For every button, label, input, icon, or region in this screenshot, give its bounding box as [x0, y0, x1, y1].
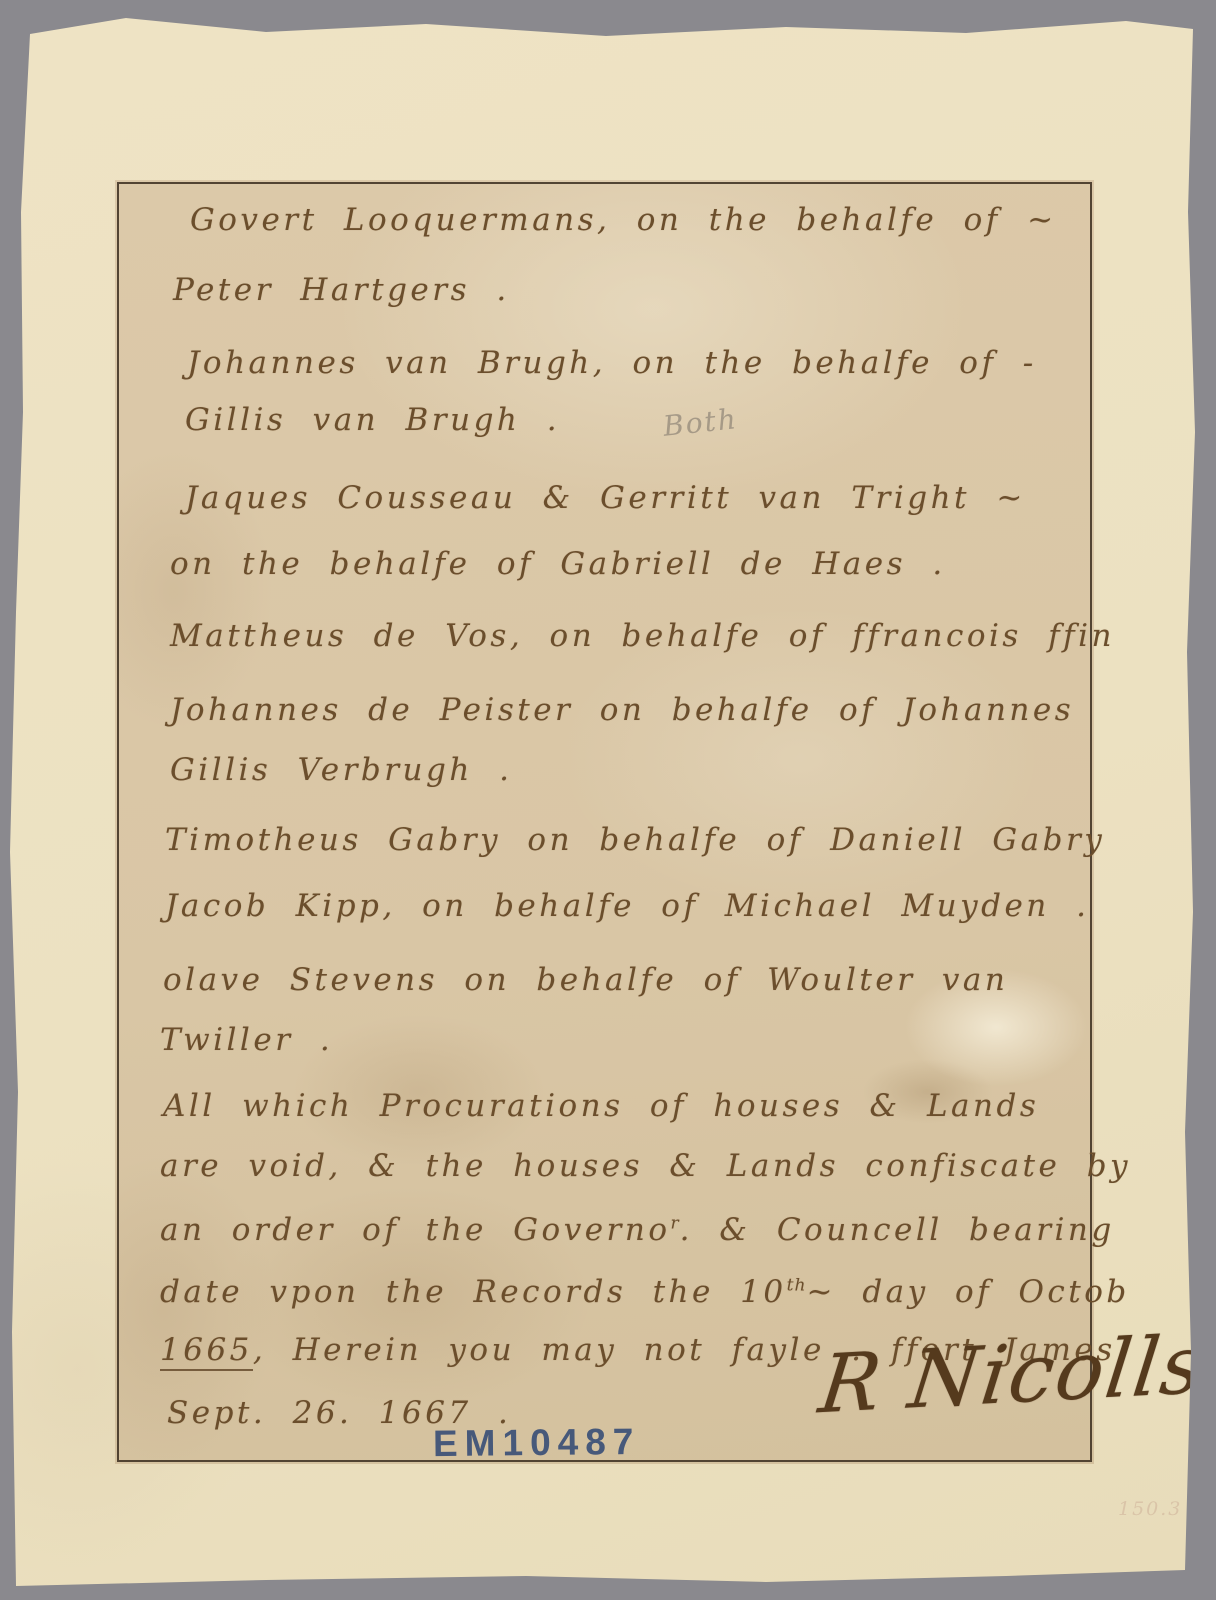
manuscript-line: Gillis van Brugh . [185, 402, 560, 438]
manuscript-line: Gillis Verbrugh . [170, 752, 513, 788]
manuscript-line: Govert Looquermans, on the behalfe of ~ [190, 202, 1057, 238]
manuscript-line: Twiller . [160, 1022, 333, 1058]
manuscript-line: All which Procurations of houses & Lands [163, 1088, 1039, 1124]
pencil-catalog-number: 150.3 [1118, 1498, 1182, 1520]
signature-r-nicolls: R Nicolls [815, 1318, 1210, 1432]
manuscript-line: Jacob Kipp, on behalfe of Michael Muyden… [165, 888, 1089, 924]
manuscript-line: Johannes van Brugh, on the behalfe of - [187, 345, 1037, 381]
manuscript-line: Peter Hartgers . [173, 272, 510, 308]
manuscript-line: Mattheus de Vos, on behalfe of ffrancois… [170, 618, 1115, 654]
manuscript-line: Johannes de Peister on behalfe of Johann… [170, 692, 1074, 728]
pencil-annotation: Both [661, 402, 739, 443]
manuscript-line: date vpon the Records the 10th~ day of O… [160, 1274, 1130, 1310]
catalog-stamp: EM10487 [433, 1421, 641, 1465]
manuscript-line: Jaques Cousseau & Gerritt van Tright ~ [185, 480, 1026, 516]
manuscript-document: Govert Looquermans, on the behalfe of ~P… [115, 180, 1094, 1464]
manuscript-line: are void, & the houses & Lands confiscat… [160, 1148, 1131, 1184]
manuscript-line: on the behalfe of Gabriell de Haes . [170, 546, 946, 582]
manuscript-line: olave Stevens on behalfe of Woulter van [163, 962, 1008, 998]
manuscript-line: an order of the Governor. & Councell bea… [160, 1212, 1115, 1248]
manuscript-line: Timotheus Gabry on behalfe of Daniell Ga… [165, 822, 1105, 858]
mount-paper: Govert Looquermans, on the behalfe of ~P… [6, 12, 1198, 1590]
